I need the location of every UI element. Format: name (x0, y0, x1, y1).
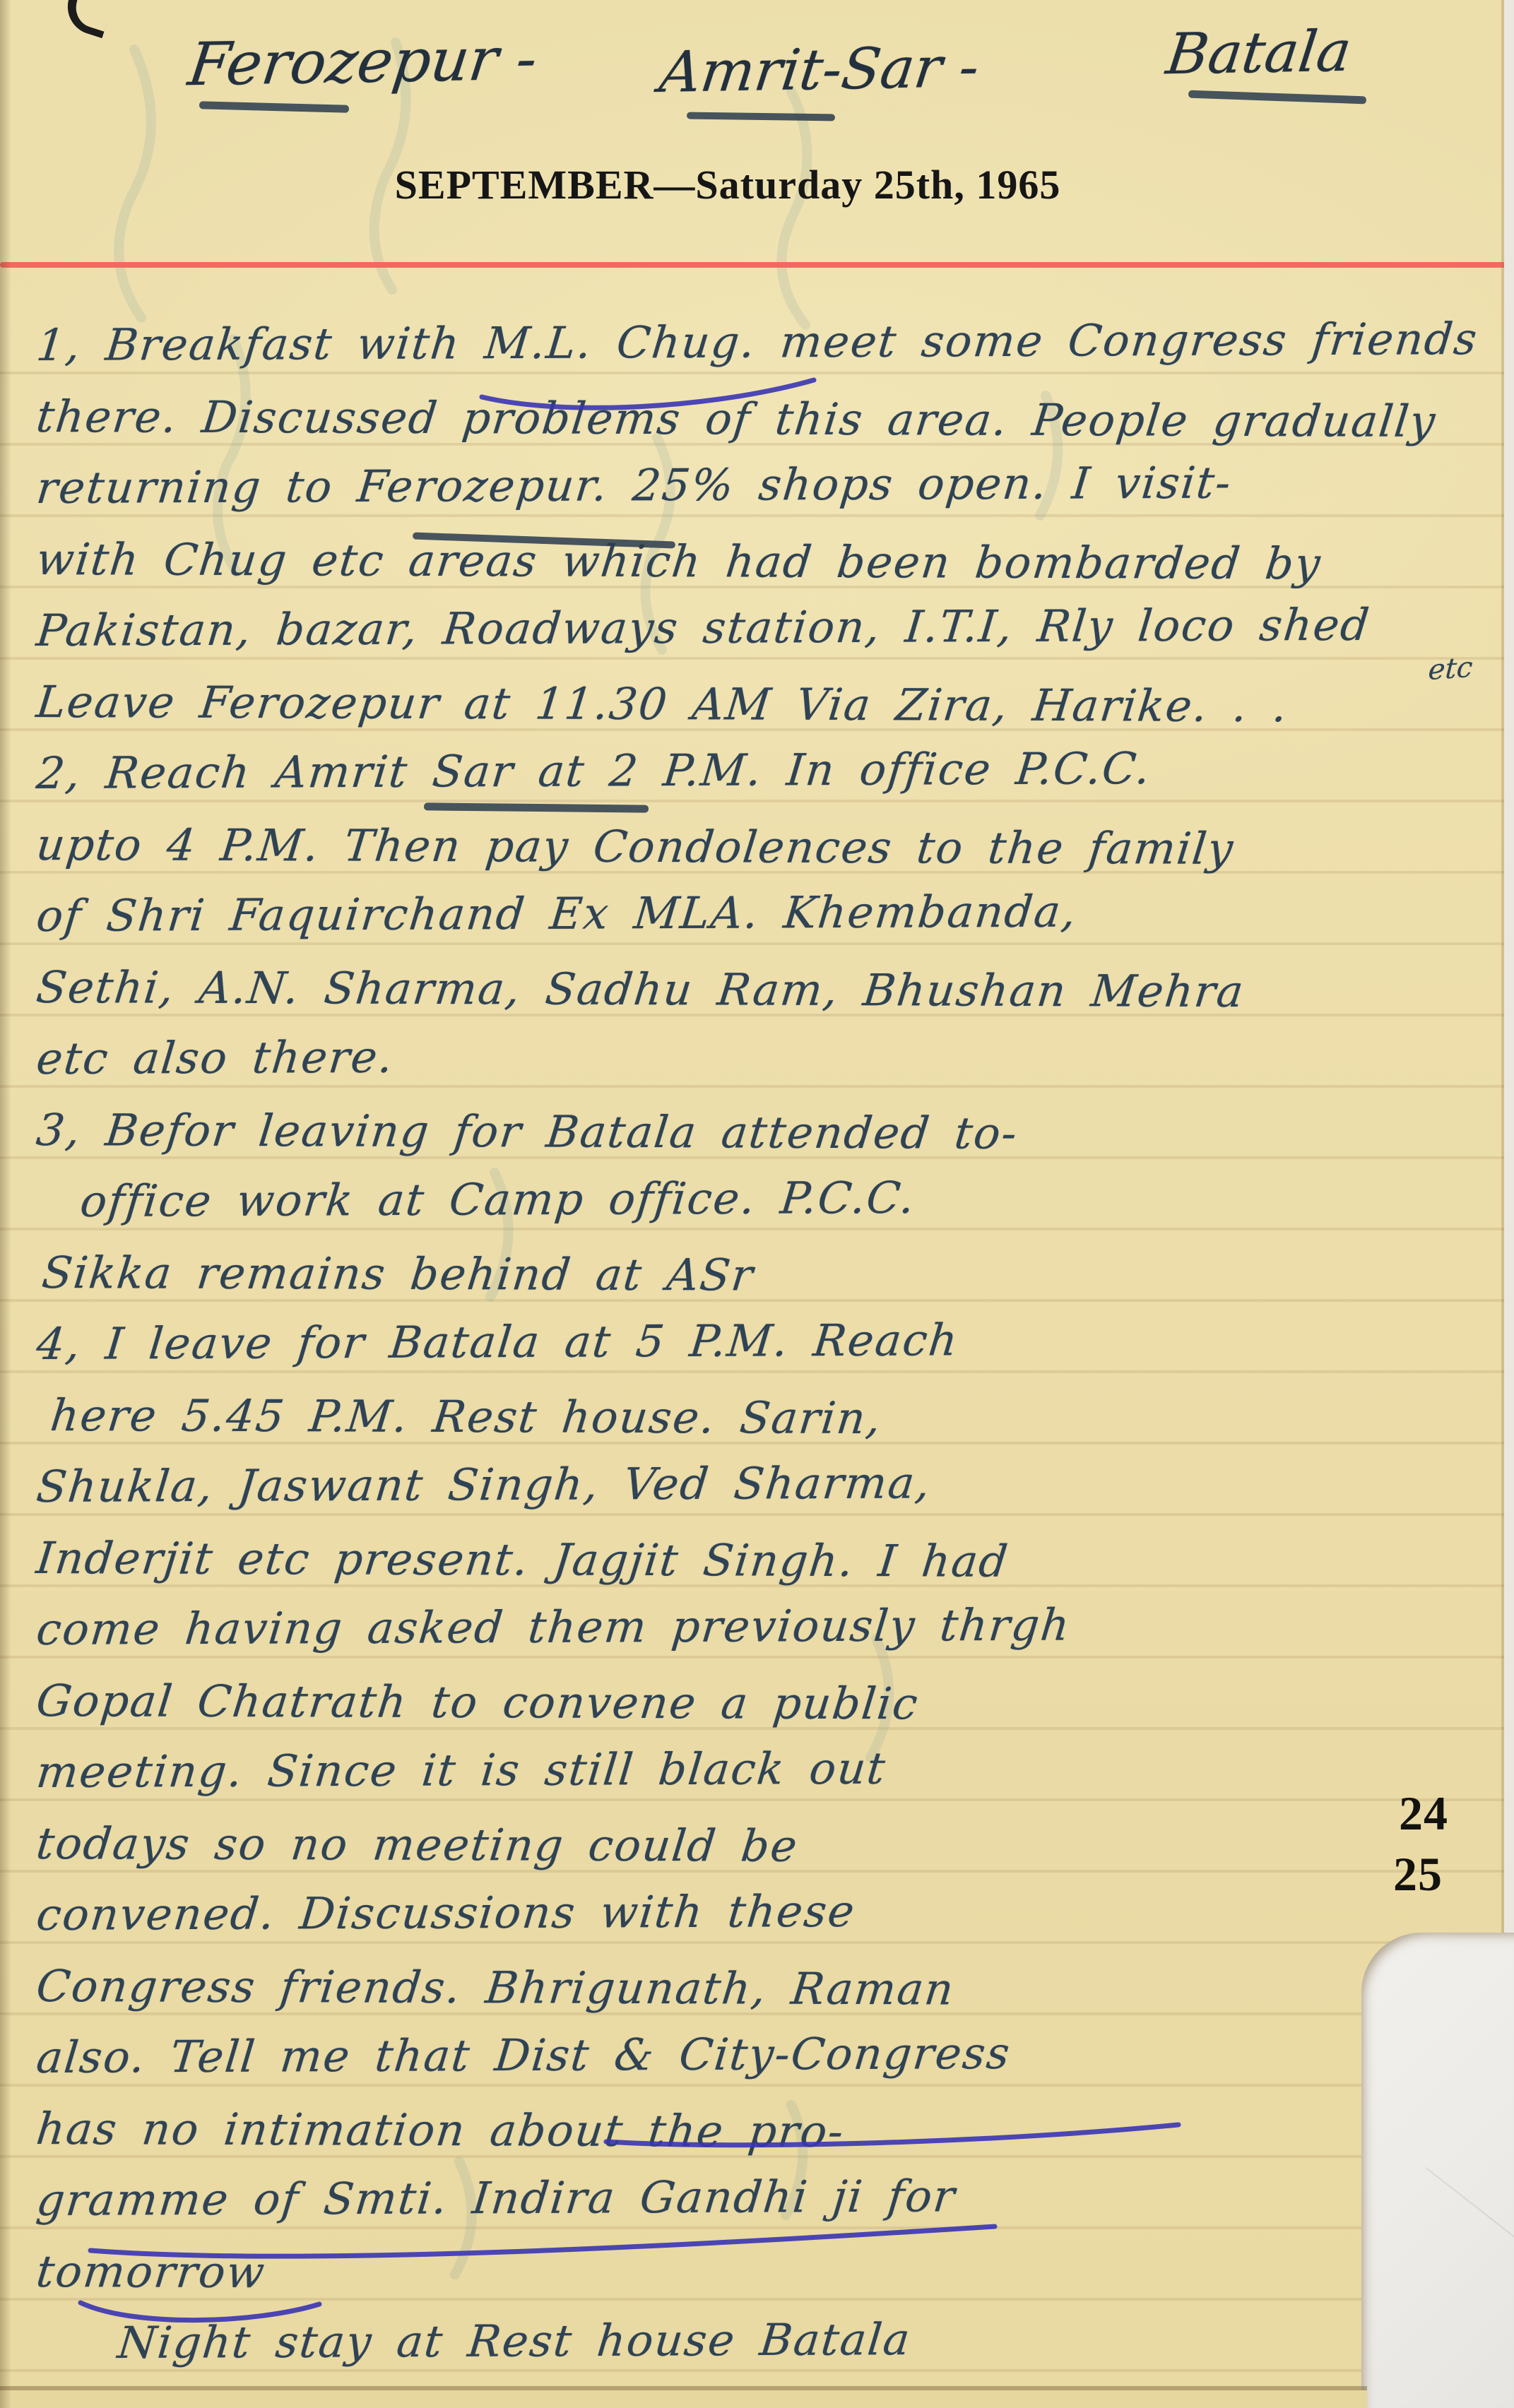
handwritten-line: todays so no meeting could be (33, 1808, 1496, 1884)
handwritten-line: Night stay at Rest house Batala (114, 2301, 1496, 2378)
thumb-index-cutout (1361, 1933, 1514, 2408)
page-bottom-under-edge (0, 2390, 1367, 2408)
printed-date-header: SEPTEMBER—Saturday 25th, 1965 (0, 161, 1455, 208)
route-amritsar: Amrit-Sar - (656, 34, 983, 105)
handwritten-line: Pakistan, bazar, Roadways station, I.T.I… (33, 588, 1496, 666)
handwritten-line: convened. Discussions with these (33, 1873, 1496, 1950)
red-horizontal-rule (0, 262, 1514, 268)
route-ferozepur: Ferozepur - (184, 24, 540, 100)
handwritten-line: of Shri Faquirchand Ex MLA. Khembanda, (33, 874, 1496, 951)
handwritten-line: Leave Ferozepur at 11.30 AM Via Zira, Ha… (33, 666, 1496, 742)
handwritten-line: 2, Reach Amrit Sar at 2 P.M. In office P… (33, 731, 1496, 809)
handwritten-line: Inderjit etc present. Jagjit Singh. I ha… (33, 1522, 1496, 1599)
handwritten-line: Gopal Chatrath to convene a public (33, 1665, 1496, 1741)
handwritten-line: Congress friends. Bhrigunath, Raman (33, 1950, 1496, 2027)
page-tab-number-24: 24 (1399, 1786, 1448, 1841)
handwritten-line: etc also there. (33, 1016, 1496, 1094)
handwritten-line: also. Tell me that Dist & City-Congress (33, 2015, 1496, 2093)
handwritten-line: here 5.45 P.M. Rest house. Sarin, (47, 1380, 1496, 1456)
handwritten-line: Sikka remains behind at ASr (39, 1237, 1496, 1313)
handwritten-line: office work at Camp office. P.C.C. (77, 1159, 1496, 1237)
page-left-binding-shadow (0, 0, 11, 2408)
handwritten-line: upto 4 P.M. Then pay Condolences to the … (33, 809, 1496, 885)
handwritten-route-title: Ferozepur - Amrit-Sar - Batala (0, 0, 1514, 155)
handwritten-line: has no intimation about the pro- (33, 2093, 1496, 2169)
superscript-etc: etc (1427, 651, 1474, 687)
handwritten-line: Sethi, A.N. Sharma, Sadhu Ram, Bhushan M… (33, 951, 1496, 1028)
handwritten-line: gramme of Smti. Indira Gandhi ji for (33, 2158, 1496, 2236)
handwritten-line: 3, Befor leaving for Batala attended to- (33, 1094, 1496, 1170)
handwritten-line: meeting. Since it is still black out (33, 1730, 1496, 1808)
handwritten-line: 1, Breakfast with M.L. Chug. meet some C… (33, 303, 1496, 381)
handwritten-line: come having asked them previously thrgh (33, 1587, 1496, 1665)
diary-entry-body: 1, Breakfast with M.L. Chug. meet some C… (37, 309, 1492, 2378)
handwritten-line: 4, I leave for Batala at 5 P.M. Reach (33, 1302, 1496, 1380)
route-batala: Batala (1163, 18, 1355, 88)
handwritten-line: with Chug etc areas which had been bomba… (33, 523, 1496, 600)
handwritten-line: tomorrow (33, 2236, 1496, 2312)
diary-page: Ferozepur - Amrit-Sar - Batala SEPTEMBER… (0, 0, 1514, 2408)
handwritten-line: returning to Ferozepur. 25% shops open. … (33, 446, 1496, 523)
page-tab-number-25: 25 (1393, 1846, 1443, 1902)
handwritten-line: Shukla, Jaswant Singh, Ved Sharma, (33, 1445, 1496, 1522)
handwritten-line: there. Discussed problems of this area. … (33, 381, 1496, 457)
